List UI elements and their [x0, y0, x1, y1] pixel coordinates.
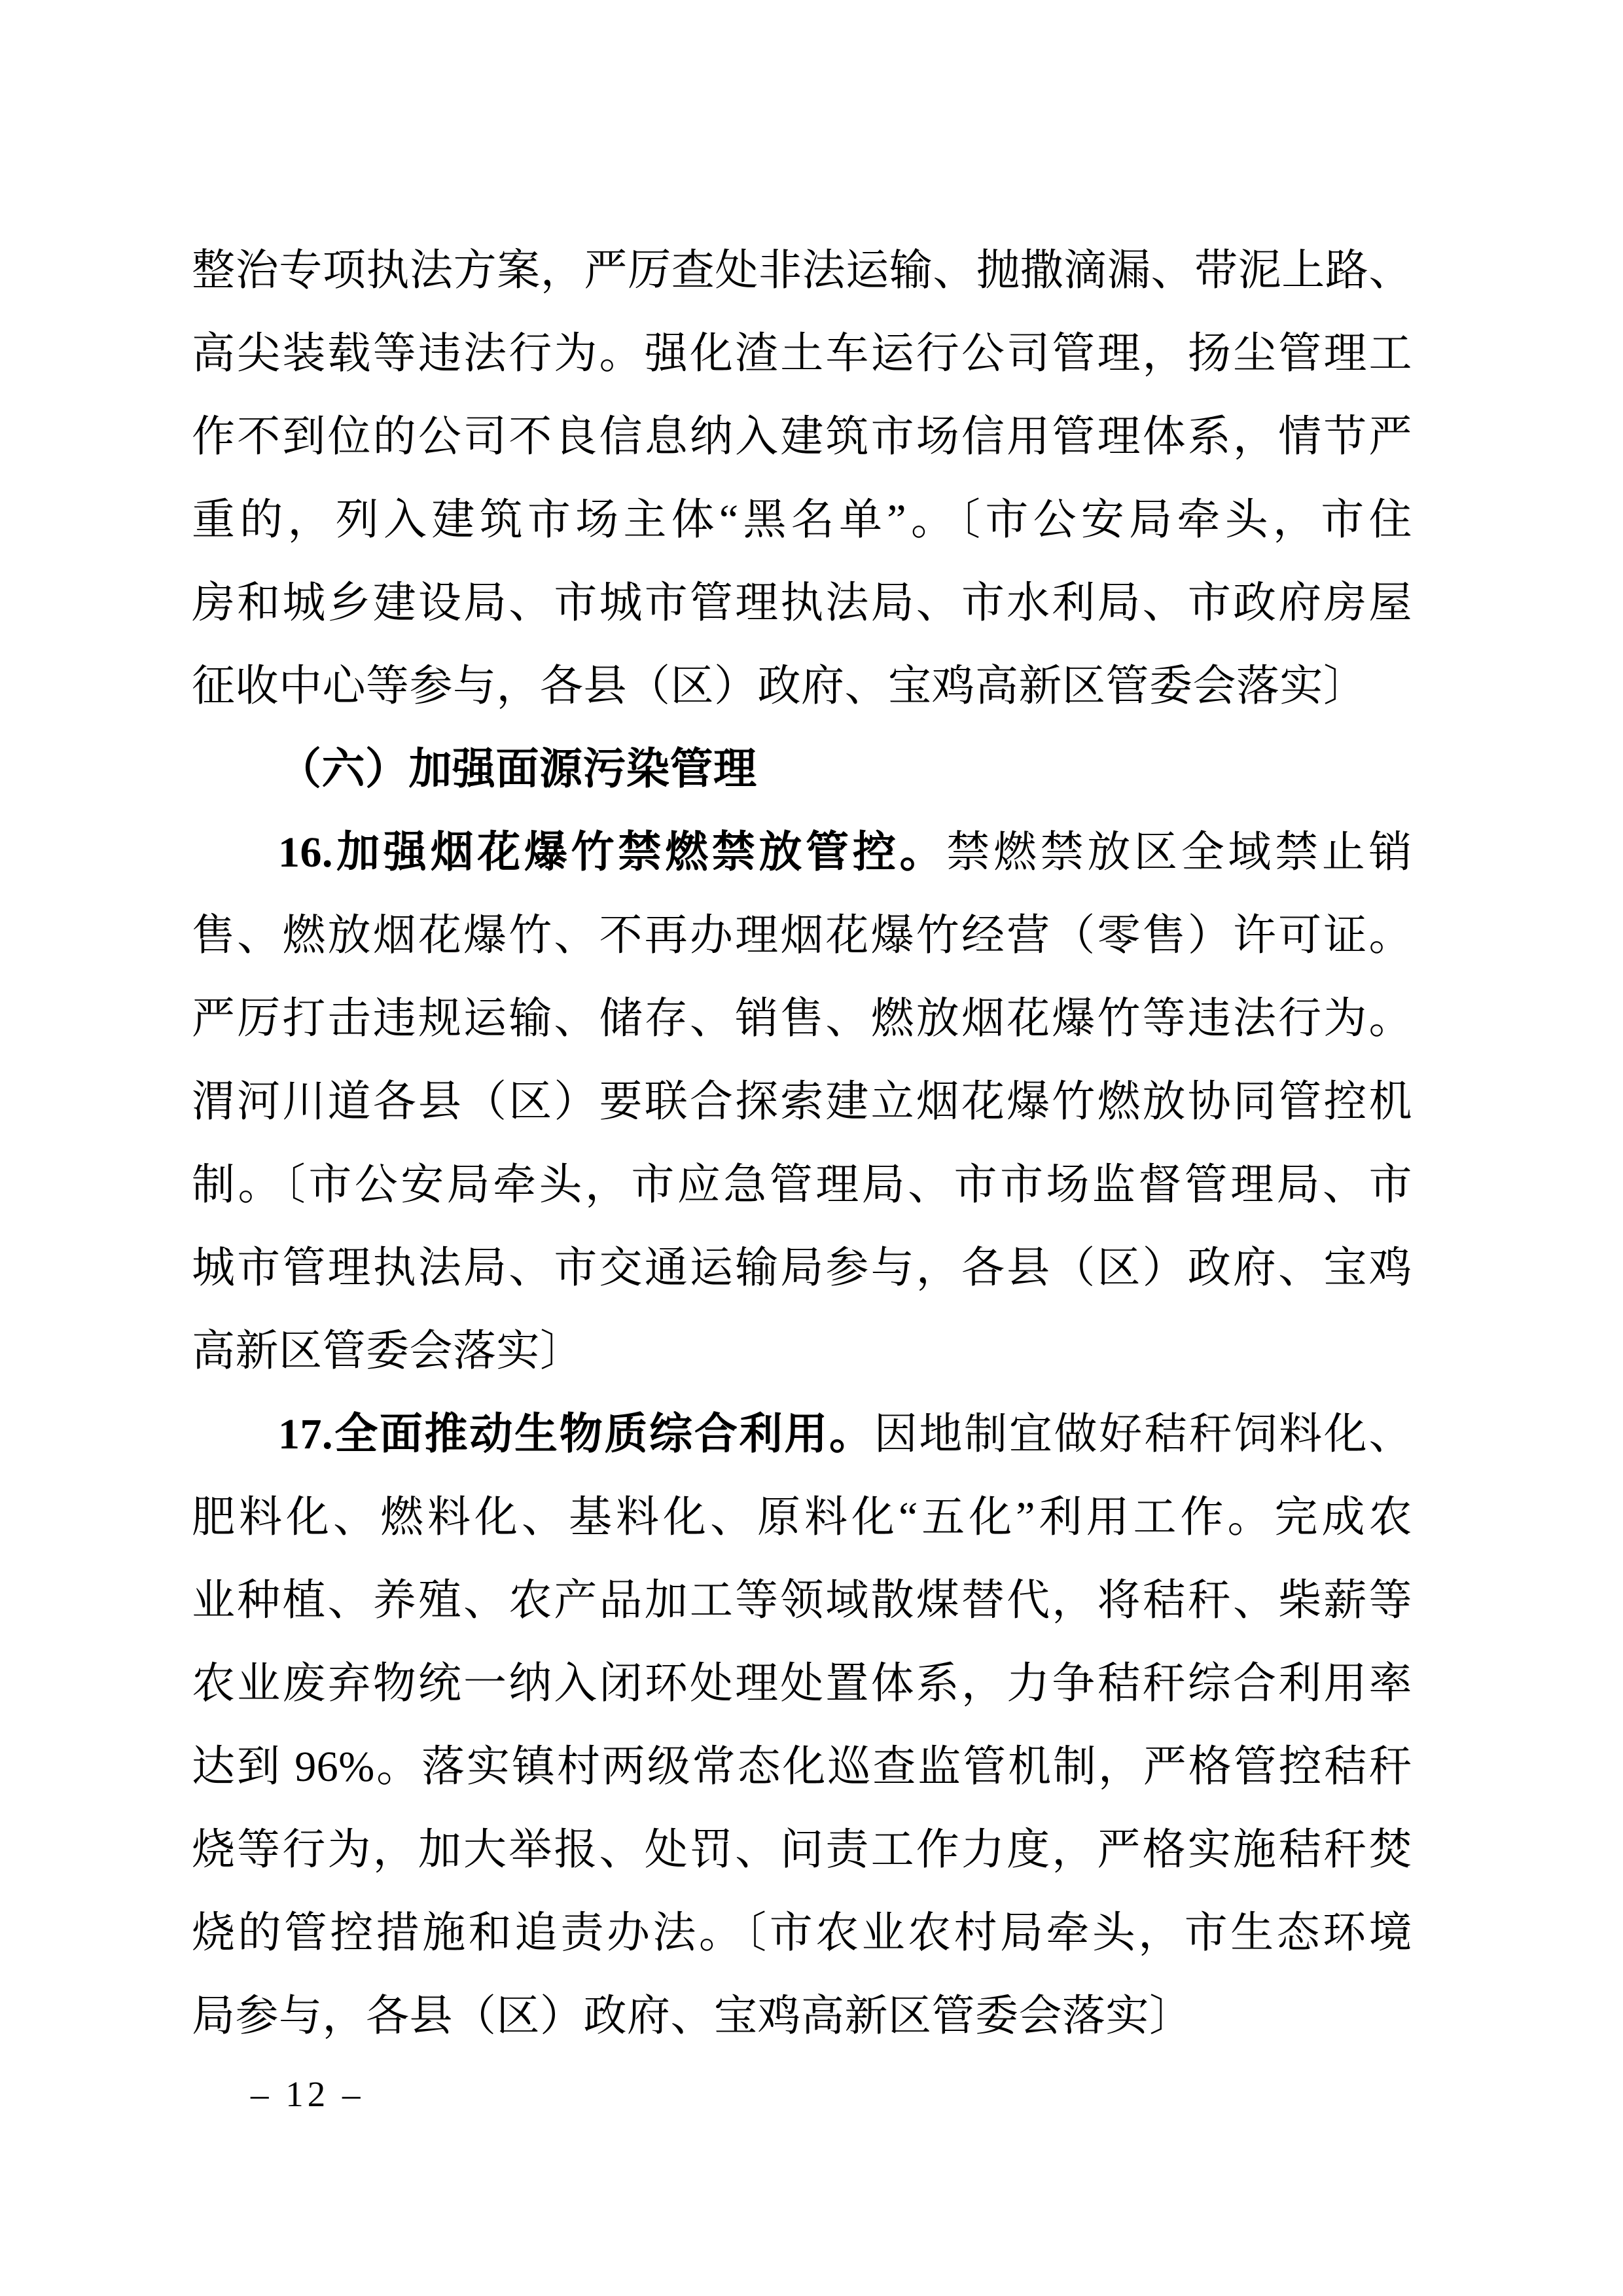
text-line: 作不到位的公司不良信息纳入建筑市场信用管理体系，情节严	[192, 395, 1412, 478]
text-segment: 达到 96%。落实镇村两级常态化巡查监管机制，严格管控秸秆焚	[192, 1743, 1412, 1808]
text-segment: 农业废弃物统一纳入闭环处理处置体系，力争秸秆综合利用率	[192, 1660, 1412, 1708]
text-segment: 高新区管委会落实〕	[192, 1327, 584, 1375]
text-line: 高新区管委会落实〕	[192, 1310, 1412, 1393]
text-segment: 烧的管控措施和追责办法。〔市农业农村局牵头，市生态环境	[192, 1909, 1412, 1957]
text-segment: 作不到位的公司不良信息纳入建筑市场信用管理体系，情节严	[192, 413, 1412, 461]
text-line: 渭河川道各县（区）要联合探索建立烟花爆竹燃放协同管控机	[192, 1060, 1412, 1143]
text-line: 房和城乡建设局、市城市管理执法局、市水利局、市政府房屋	[192, 562, 1412, 645]
text-segment: 房和城乡建设局、市城市管理执法局、市水利局、市政府房屋	[192, 579, 1412, 627]
text-segment: 征收中心等参与，各县（区）政府、宝鸡高新区管委会落实〕	[192, 662, 1367, 710]
text-segment: 整治专项执法方案，严厉查处非法运输、抛撒滴漏、带泥上路、	[192, 247, 1412, 295]
text-segment: 因地制宜做好秸秆饲料化、	[874, 1410, 1412, 1458]
text-segment: 禁燃禁放区全域禁止销	[946, 829, 1412, 876]
text-segment: 业种植、养殖、农产品加工等领域散煤替代，将秸秆、柴薪等	[192, 1577, 1412, 1624]
text-segment: 售、燃放烟花爆竹、不再办理烟花爆竹经营（零售）许可证。	[192, 912, 1412, 960]
bold-text-segment: （六）加强面源污染管理	[278, 745, 757, 793]
text-segment: 局参与，各县（区）政府、宝鸡高新区管委会落实〕	[192, 1992, 1193, 2040]
text-segment: 制。〔市公安局牵头，市应急管理局、市市场监督管理局、市	[192, 1161, 1412, 1209]
bold-text-segment: 17.全面推动生物质综合利用。	[278, 1410, 874, 1458]
text-line: 售、燃放烟花爆竹、不再办理烟花爆竹经营（零售）许可证。	[192, 894, 1412, 977]
text-segment: 渭河川道各县（区）要联合探索建立烟花爆竹燃放协同管控机	[192, 1078, 1412, 1126]
text-segment: 肥料化、燃料化、基料化、原料化“五化”利用工作。完成农	[192, 1494, 1412, 1541]
text-line: 重的，列入建筑市场主体“黑名单”。〔市公安局牵头，市住	[192, 478, 1412, 562]
text-line: 制。〔市公安局牵头，市应急管理局、市市场监督管理局、市	[192, 1143, 1412, 1227]
text-line: 农业废弃物统一纳入闭环处理处置体系，力争秸秆综合利用率	[192, 1642, 1412, 1725]
text-line: 烧等行为，加大举报、处罚、问责工作力度，严格实施秸秆焚	[192, 1808, 1412, 1892]
text-segment: 重的，列入建筑市场主体“黑名单”。〔市公安局牵头，市住	[192, 496, 1412, 544]
text-segment: 城市管理执法局、市交通运输局参与，各县（区）政府、宝鸡	[192, 1244, 1412, 1292]
text-segment: 严厉打击违规运输、储存、销售、燃放烟花爆竹等违法行为。	[192, 995, 1412, 1043]
page-number: – 12 –	[251, 2068, 365, 2121]
text-line: 达到 96%。落实镇村两级常态化巡查监管机制，严格管控秸秆焚	[192, 1725, 1412, 1808]
text-line: 肥料化、燃料化、基料化、原料化“五化”利用工作。完成农	[192, 1476, 1412, 1559]
text-line: 16.加强烟花爆竹禁燃禁放管控。禁燃禁放区全域禁止销	[192, 811, 1412, 894]
document-body: 整治专项执法方案，严厉查处非法运输、抛撒滴漏、带泥上路、高尖装载等违法行为。强化…	[192, 229, 1412, 2058]
text-segment: 烧等行为，加大举报、处罚、问责工作力度，严格实施秸秆焚	[192, 1826, 1412, 1874]
text-line: 局参与，各县（区）政府、宝鸡高新区管委会落实〕	[192, 1975, 1412, 2058]
text-line: 烧的管控措施和追责办法。〔市农业农村局牵头，市生态环境	[192, 1892, 1412, 1975]
text-segment: 高尖装载等违法行为。强化渣土车运行公司管理，扬尘管理工	[192, 330, 1412, 378]
text-line: 业种植、养殖、农产品加工等领域散煤替代，将秸秆、柴薪等	[192, 1559, 1412, 1642]
text-line: 整治专项执法方案，严厉查处非法运输、抛撒滴漏、带泥上路、	[192, 229, 1412, 312]
bold-text-segment: 16.加强烟花爆竹禁燃禁放管控。	[278, 829, 946, 876]
text-line: （六）加强面源污染管理	[192, 728, 1412, 811]
text-line: 城市管理执法局、市交通运输局参与，各县（区）政府、宝鸡	[192, 1227, 1412, 1310]
document-page: 整治专项执法方案，严厉查处非法运输、抛撒滴漏、带泥上路、高尖装载等违法行为。强化…	[0, 0, 1623, 2296]
text-line: 严厉打击违规运输、储存、销售、燃放烟花爆竹等违法行为。	[192, 977, 1412, 1060]
text-line: 17.全面推动生物质综合利用。因地制宜做好秸秆饲料化、	[192, 1393, 1412, 1476]
text-line: 高尖装载等违法行为。强化渣土车运行公司管理，扬尘管理工	[192, 312, 1412, 395]
text-line: 征收中心等参与，各县（区）政府、宝鸡高新区管委会落实〕	[192, 645, 1412, 728]
